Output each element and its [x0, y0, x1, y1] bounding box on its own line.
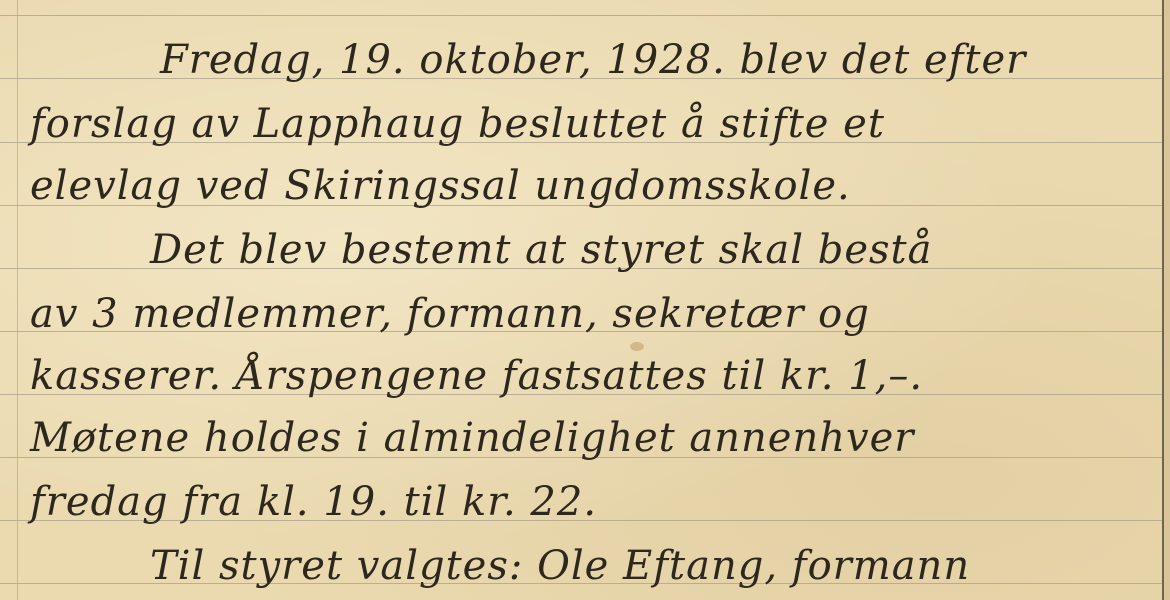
handwritten-line-9: Til styret valgtes: Ole Eftang, formann: [150, 546, 970, 586]
handwritten-line-1: Fredag, 19. oktober, 1928. blev det efte…: [160, 40, 1026, 80]
handwritten-line-7: Møtene holdes i almindelighet annenhver: [30, 418, 914, 458]
handwritten-line-5: av 3 medlemmer, formann, sekretær og: [30, 294, 870, 334]
notebook-page: Fredag, 19. oktober, 1928. blev det efte…: [0, 0, 1170, 600]
handwritten-line-3: elevlag ved Skiringssal ungdomsskole.: [30, 166, 851, 206]
handwritten-line-4: Det blev bestemt at styret skal bestå: [150, 230, 932, 270]
ruled-line: [0, 15, 1162, 16]
handwritten-line-8: fredag fra kl. 19. til kr. 22.: [30, 482, 597, 522]
handwritten-line-2: forslag av Lapphaug besluttet å stifte e…: [30, 104, 885, 144]
page-edge-shadow: [1164, 0, 1170, 600]
margin-line: [17, 0, 18, 600]
handwritten-line-6: kasserer. Årspengene fastsattes til kr. …: [30, 356, 923, 396]
paper-stain: [630, 342, 644, 351]
